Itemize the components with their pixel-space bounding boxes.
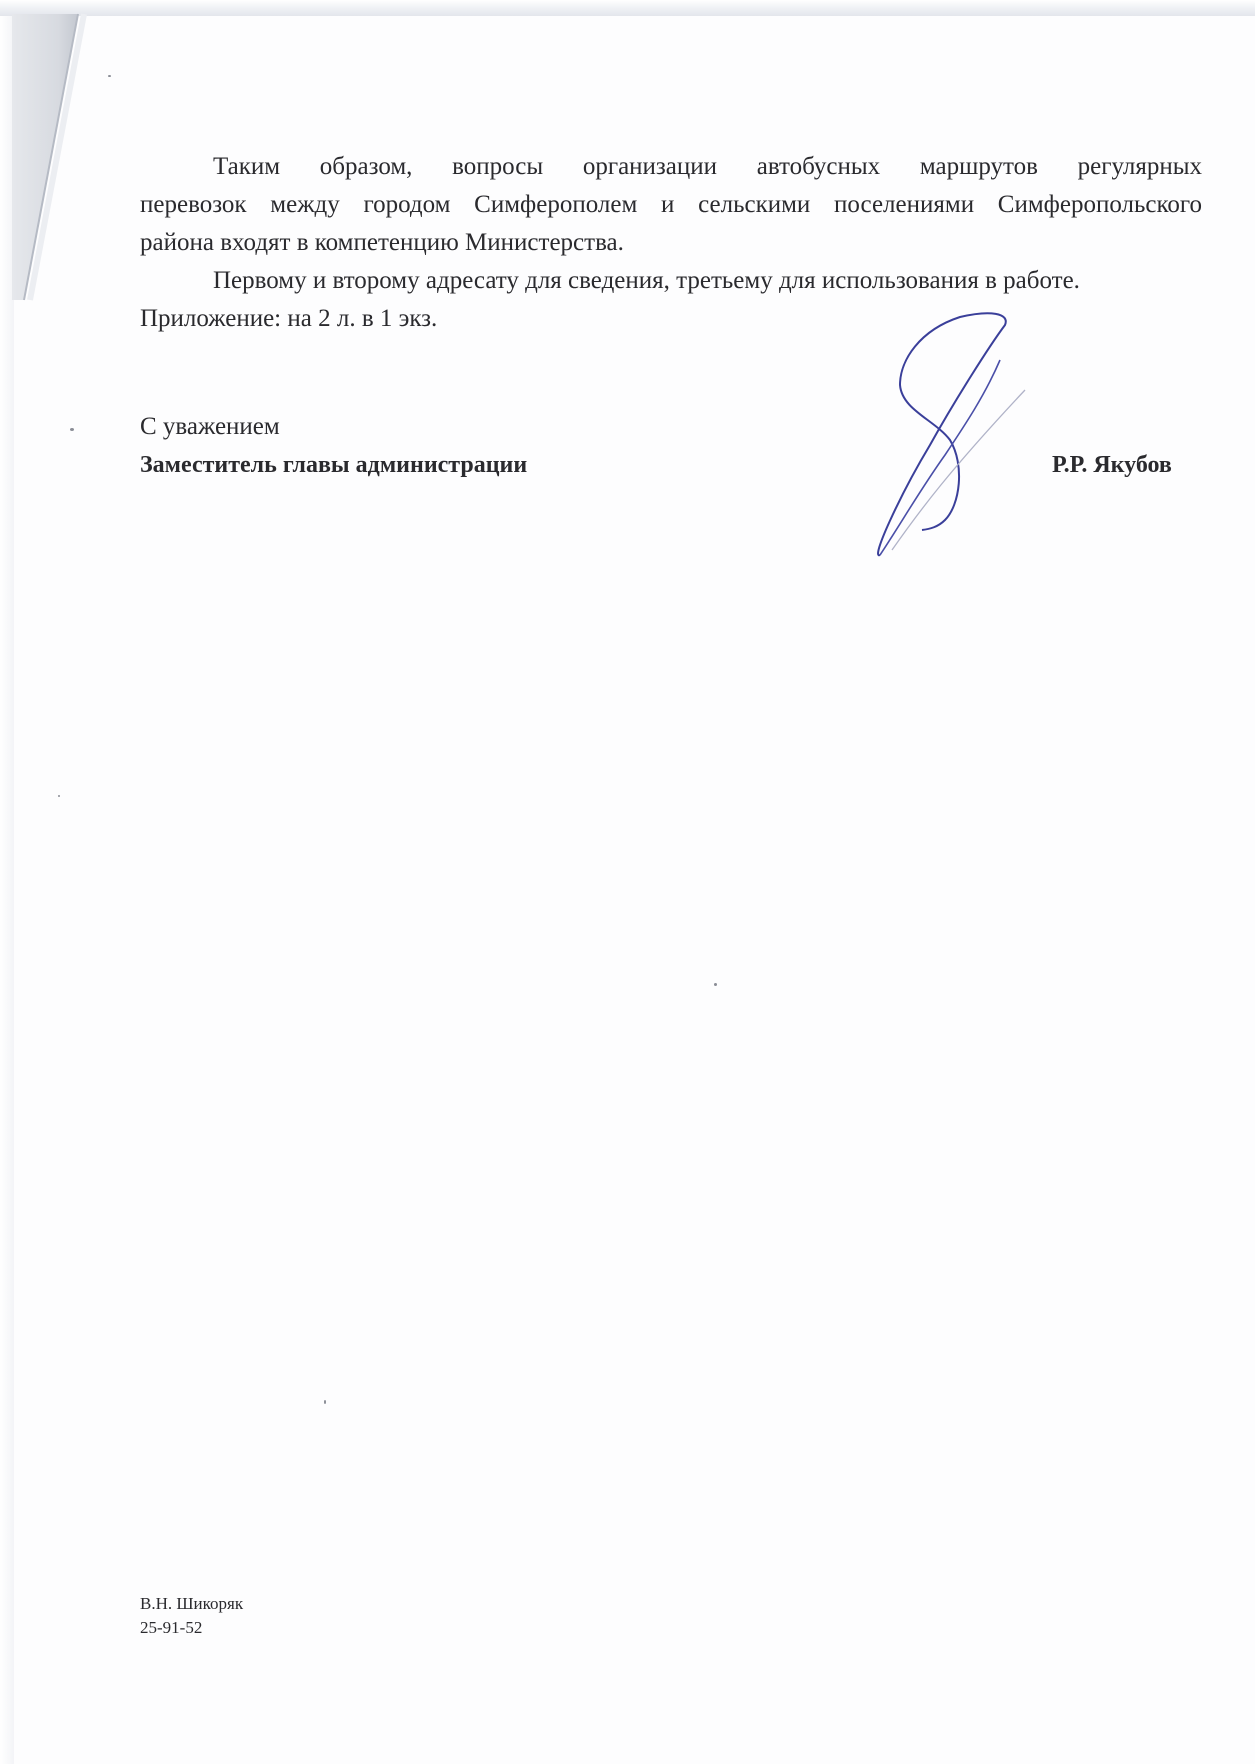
scan-speck xyxy=(58,795,60,797)
scan-speck xyxy=(108,75,111,77)
text-line: Первому и второму адресату для сведения,… xyxy=(213,267,1080,294)
document-page: Таким образом, вопросы организации автоб… xyxy=(0,0,1255,1764)
executor-name: В.Н. Шикоряк xyxy=(140,1592,243,1616)
text-line: перевозок между городом Симферополем и с… xyxy=(140,191,1202,218)
executor-info: В.Н. Шикоряк 25-91-52 xyxy=(140,1592,243,1640)
paragraph-conclusion: Таким образом, вопросы организации автоб… xyxy=(140,148,1202,186)
signatory-name: Р.Р. Якубов xyxy=(1052,446,1172,484)
scan-speck xyxy=(324,1400,326,1404)
closing-block: С уважением Заместитель главы администра… xyxy=(140,408,527,484)
handwritten-signature-icon xyxy=(860,305,1030,565)
signatory-position: Заместитель главы администрации xyxy=(140,446,527,484)
salutation: С уважением xyxy=(140,408,527,446)
scan-speck xyxy=(714,983,717,986)
text-line: района входят в компетенцию Министерства… xyxy=(140,229,624,256)
executor-phone: 25-91-52 xyxy=(140,1616,243,1640)
paragraph-conclusion-line-2: перевозок между городом Симферополем и с… xyxy=(140,186,1202,224)
text-line: Приложение: на 2 л. в 1 экз. xyxy=(140,305,437,332)
paragraph-attachment: Приложение: на 2 л. в 1 экз. xyxy=(140,300,1202,338)
text-line: Таким образом, вопросы организации автоб… xyxy=(213,153,1202,180)
paragraph-conclusion-line-3: района входят в компетенцию Министерства… xyxy=(140,224,1202,262)
paragraph-distribution: Первому и второму адресату для сведения,… xyxy=(140,262,1202,300)
scan-speck xyxy=(70,428,74,431)
